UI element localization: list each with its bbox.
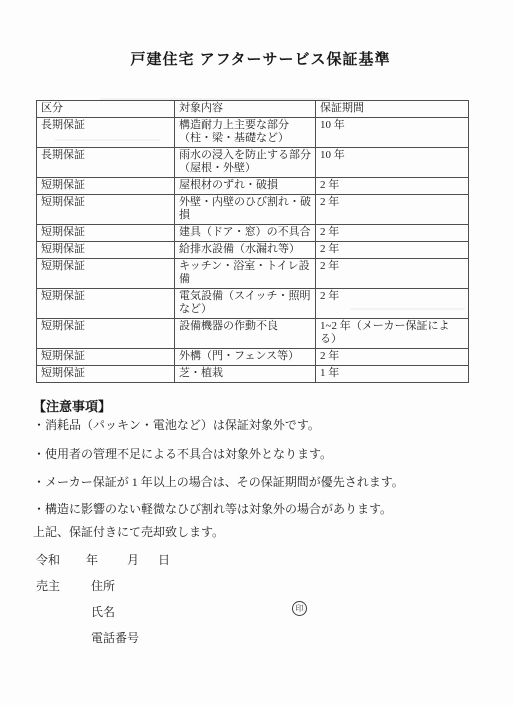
cell-period: 2 年 xyxy=(316,349,469,366)
cell-category: 短期保証 xyxy=(37,349,175,366)
cell-category: 長期保証 xyxy=(37,148,175,178)
cell-period: 10 年 xyxy=(316,118,469,148)
cell-category: 短期保証 xyxy=(37,242,175,259)
date-era-label: 令和 xyxy=(36,552,60,568)
phone-label: 電話番号 xyxy=(91,630,139,646)
table-row: 短期保証 キッチン・浴室・トイレ設備 2 年 xyxy=(37,259,469,289)
cell-target: 芝・植栽 xyxy=(175,366,316,383)
name-label: 氏名 xyxy=(91,604,115,620)
seal-icon: 印 xyxy=(292,601,307,616)
table-row: 短期保証 芝・植栽 1 年 xyxy=(37,366,469,383)
cell-period: 2 年 xyxy=(316,289,469,319)
table-row: 短期保証 外壁・内壁のひび割れ・破損 2 年 xyxy=(37,195,469,225)
cell-category: 短期保証 xyxy=(37,195,175,225)
cell-category: 短期保証 xyxy=(37,178,175,195)
cell-period: 1~2 年（メーカー保証による） xyxy=(316,319,469,349)
cell-period: 2 年 xyxy=(316,225,469,242)
cell-target: 外構（門・フェンス等） xyxy=(175,349,316,366)
cell-category: 短期保証 xyxy=(37,289,175,319)
date-year-label: 年 xyxy=(86,552,98,568)
cell-category: 短期保証 xyxy=(37,259,175,289)
column-header-target: 対象内容 xyxy=(175,101,316,118)
cell-target: 設備機器の作動不良 xyxy=(175,319,316,349)
cell-target: 建具（ドア・窓）の不具合 xyxy=(175,225,316,242)
cell-period: 1 年 xyxy=(316,366,469,383)
cell-period: 10 年 xyxy=(316,148,469,178)
cell-target: 外壁・内壁のひび割れ・破損 xyxy=(175,195,316,225)
warranty-table: 区分 対象内容 保証期間 長期保証 構造耐力上主要な部分 （柱・梁・基礎など） … xyxy=(36,100,469,383)
cell-category: 短期保証 xyxy=(37,319,175,349)
table-header-row: 区分 対象内容 保証期間 xyxy=(37,101,469,118)
seller-label: 売主 xyxy=(36,578,60,594)
cell-period: 2 年 xyxy=(316,259,469,289)
closing-statement: 上記、保証付きにて売却致します。 xyxy=(33,524,224,540)
note-item: ・構造に影響のない軽微なひび割れ等は対象外の場合があります。 xyxy=(33,501,392,517)
cell-target: キッチン・浴室・トイレ設備 xyxy=(175,259,316,289)
cell-target: 雨水の浸入を防止する部分 （屋根・外壁） xyxy=(175,148,316,178)
cell-target: 構造耐力上主要な部分 （柱・梁・基礎など） xyxy=(175,118,316,148)
table-row: 短期保証 電気設備（スイッチ・照明など） 2 年 xyxy=(37,289,469,319)
table-row: 短期保証 屋根材のずれ・破損 2 年 xyxy=(37,178,469,195)
table-row: 短期保証 外構（門・フェンス等） 2 年 xyxy=(37,349,469,366)
column-header-period: 保証期間 xyxy=(316,101,469,118)
cell-period: 2 年 xyxy=(316,195,469,225)
date-day-label: 日 xyxy=(158,552,170,568)
note-item: ・メーカー保証が 1 年以上の場合は、その保証期間が優先されます。 xyxy=(33,474,404,490)
note-item: ・使用者の管理不足による不具合は対象外となります。 xyxy=(33,446,332,462)
note-item: ・消耗品（パッキン・電池など）は保証対象外です。 xyxy=(33,417,320,433)
cell-period: 2 年 xyxy=(316,242,469,259)
cell-target: 電気設備（スイッチ・照明など） xyxy=(175,289,316,319)
cell-category: 長期保証 xyxy=(37,118,175,148)
table-row: 短期保証 給排水設備（水漏れ等） 2 年 xyxy=(37,242,469,259)
cell-target: 屋根材のずれ・破損 xyxy=(175,178,316,195)
table-row: 短期保証 建具（ドア・窓）の不具合 2 年 xyxy=(37,225,469,242)
cell-category: 短期保証 xyxy=(37,225,175,242)
document-page: 戸建住宅 アフターサービス保証基準 区分 対象内容 保証期間 長期保証 構造耐力… xyxy=(0,0,513,705)
date-month-label: 月 xyxy=(127,552,139,568)
column-header-category: 区分 xyxy=(37,101,175,118)
page-title: 戸建住宅 アフターサービス保証基準 xyxy=(0,48,513,69)
address-label: 住所 xyxy=(91,578,115,594)
table-row: 短期保証 設備機器の作動不良 1~2 年（メーカー保証による） xyxy=(37,319,469,349)
notes-heading: 【注意事項】 xyxy=(33,396,111,415)
table-row: 長期保証 雨水の浸入を防止する部分 （屋根・外壁） 10 年 xyxy=(37,148,469,178)
table-row: 長期保証 構造耐力上主要な部分 （柱・梁・基礎など） 10 年 xyxy=(37,118,469,148)
cell-category: 短期保証 xyxy=(37,366,175,383)
cell-period: 2 年 xyxy=(316,178,469,195)
cell-target: 給排水設備（水漏れ等） xyxy=(175,242,316,259)
